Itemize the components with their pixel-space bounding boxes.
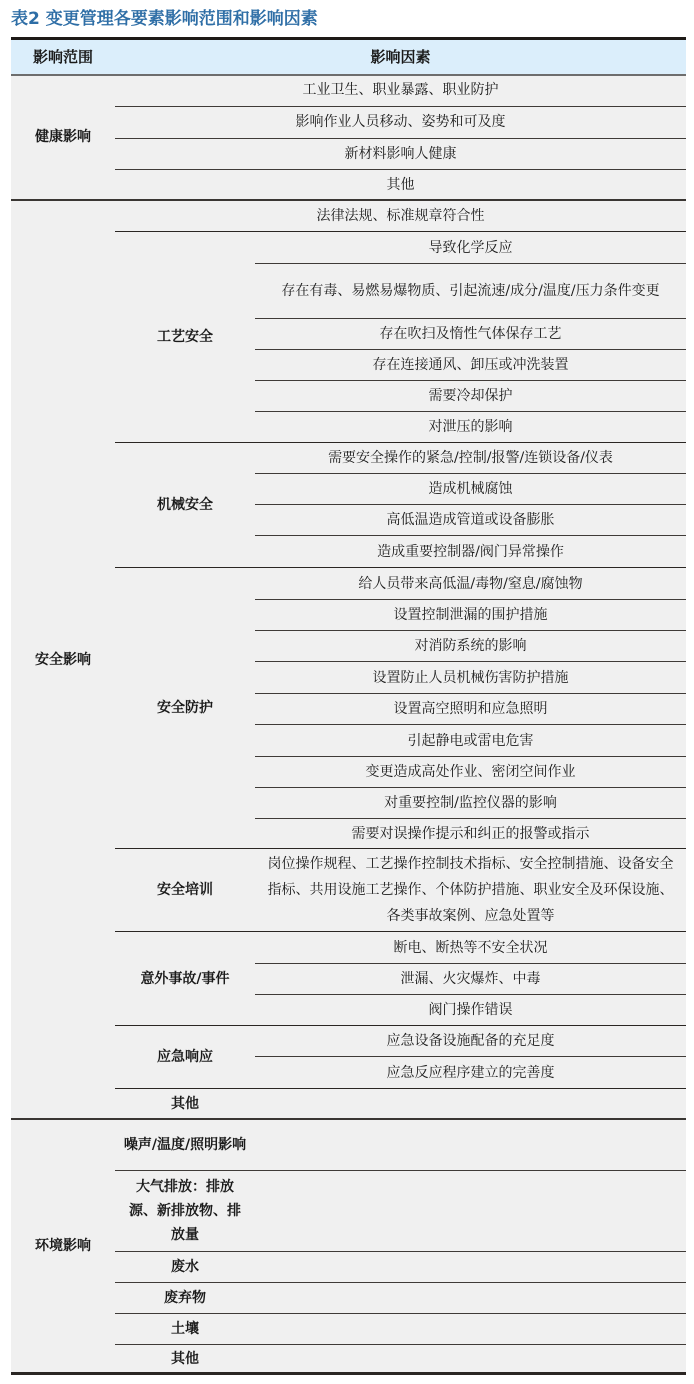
factor-cell: 高低温造成管道或设备膨胀 bbox=[255, 505, 686, 535]
header-impact-scope: 影响范围 bbox=[11, 40, 115, 74]
factor-cell: 设置高空照明和应急照明 bbox=[255, 694, 686, 724]
factor-cell: 造成重要控制器/阀门异常操作 bbox=[255, 536, 686, 567]
factor-cell: 引起静电或雷电危害 bbox=[255, 725, 686, 756]
group-emergency-response: 应急响应 bbox=[115, 1026, 255, 1088]
section-safety: 安全影响 bbox=[11, 201, 115, 1118]
factor-cell: 其他 bbox=[115, 169, 686, 200]
factor-cell: 存在吹扫及惰性气体保存工艺 bbox=[255, 319, 686, 349]
factor-cell: 应急设备设施配备的充足度 bbox=[255, 1026, 686, 1056]
factor-cell: 断电、断热等不安全状况 bbox=[255, 932, 686, 963]
factor-cell: 存在连接通风、卸压或冲洗装置 bbox=[255, 350, 686, 380]
group-mechanical-safety: 机械安全 bbox=[115, 443, 255, 567]
factor-cell: 存在有毒、易燃易爆物质、引起流速/成分/温度/压力条件变更 bbox=[255, 264, 686, 318]
factor-cell: 影响作业人员移动、姿势和可及度 bbox=[115, 106, 686, 138]
table-header: 影响范围 影响因素 bbox=[11, 40, 686, 76]
group-accidents: 意外事故/事件 bbox=[115, 932, 255, 1025]
factor-cell: 造成机械腐蚀 bbox=[255, 474, 686, 504]
env-item: 大气排放：排放源、新排放物、排放量 bbox=[115, 1171, 255, 1251]
group-process-safety: 工艺安全 bbox=[115, 232, 255, 442]
factor-cell: 导致化学反应 bbox=[255, 232, 686, 263]
factor-cell: 应急反应程序建立的完善度 bbox=[255, 1057, 686, 1088]
group-safety-training: 安全培训 bbox=[115, 849, 255, 931]
factor-cell: 给人员带来高低温/毒物/窒息/腐蚀物 bbox=[255, 568, 686, 599]
group-other: 其他 bbox=[115, 1089, 255, 1118]
factor-cell: 新材料影响人健康 bbox=[115, 138, 686, 169]
factor-cell: 对泄压的影响 bbox=[255, 412, 686, 442]
table-title: 表2 变更管理各要素影响范围和影响因素 bbox=[11, 4, 318, 29]
section-health: 健康影响 bbox=[11, 74, 115, 200]
factor-cell: 泄漏、火灾爆炸、中毒 bbox=[255, 964, 686, 994]
factor-cell: 岗位操作规程、工艺操作控制技术指标、安全控制措施、设备安全指标、共用设施工艺操作… bbox=[255, 849, 686, 931]
env-item: 废弃物 bbox=[115, 1283, 255, 1313]
change-management-table: 影响范围 影响因素 健康影响 工业卫生、职业暴露、职业防护 影响作业人员移动、姿… bbox=[11, 37, 686, 1375]
factor-cell: 设置控制泄漏的围护措施 bbox=[255, 600, 686, 630]
env-item: 废水 bbox=[115, 1252, 255, 1282]
factor-cell: 法律法规、标准规章符合性 bbox=[115, 201, 686, 231]
env-item: 噪声/温度/照明影响 bbox=[115, 1120, 255, 1170]
section-environment: 环境影响 bbox=[11, 1120, 115, 1372]
env-item: 其他 bbox=[115, 1345, 255, 1373]
group-safety-protection: 安全防护 bbox=[115, 568, 255, 848]
factor-cell: 需要冷却保护 bbox=[255, 381, 686, 411]
factor-cell: 设置防止人员机械伤害防护措施 bbox=[255, 662, 686, 693]
factor-cell: 变更造成高处作业、密闭空间作业 bbox=[255, 757, 686, 787]
env-item: 土壤 bbox=[115, 1314, 255, 1344]
header-impact-factors: 影响因素 bbox=[115, 40, 686, 74]
factor-cell: 需要对误操作提示和纠正的报警或指示 bbox=[255, 819, 686, 848]
table-bottom-rule bbox=[11, 1372, 686, 1375]
factor-cell: 对消防系统的影响 bbox=[255, 631, 686, 661]
factor-cell: 阀门操作错误 bbox=[255, 995, 686, 1025]
factor-cell: 需要安全操作的紧急/控制/报警/连锁设备/仪表 bbox=[255, 443, 686, 473]
factor-cell: 工业卫生、职业暴露、职业防护 bbox=[115, 74, 686, 106]
factor-cell: 对重要控制/监控仪器的影响 bbox=[255, 788, 686, 818]
